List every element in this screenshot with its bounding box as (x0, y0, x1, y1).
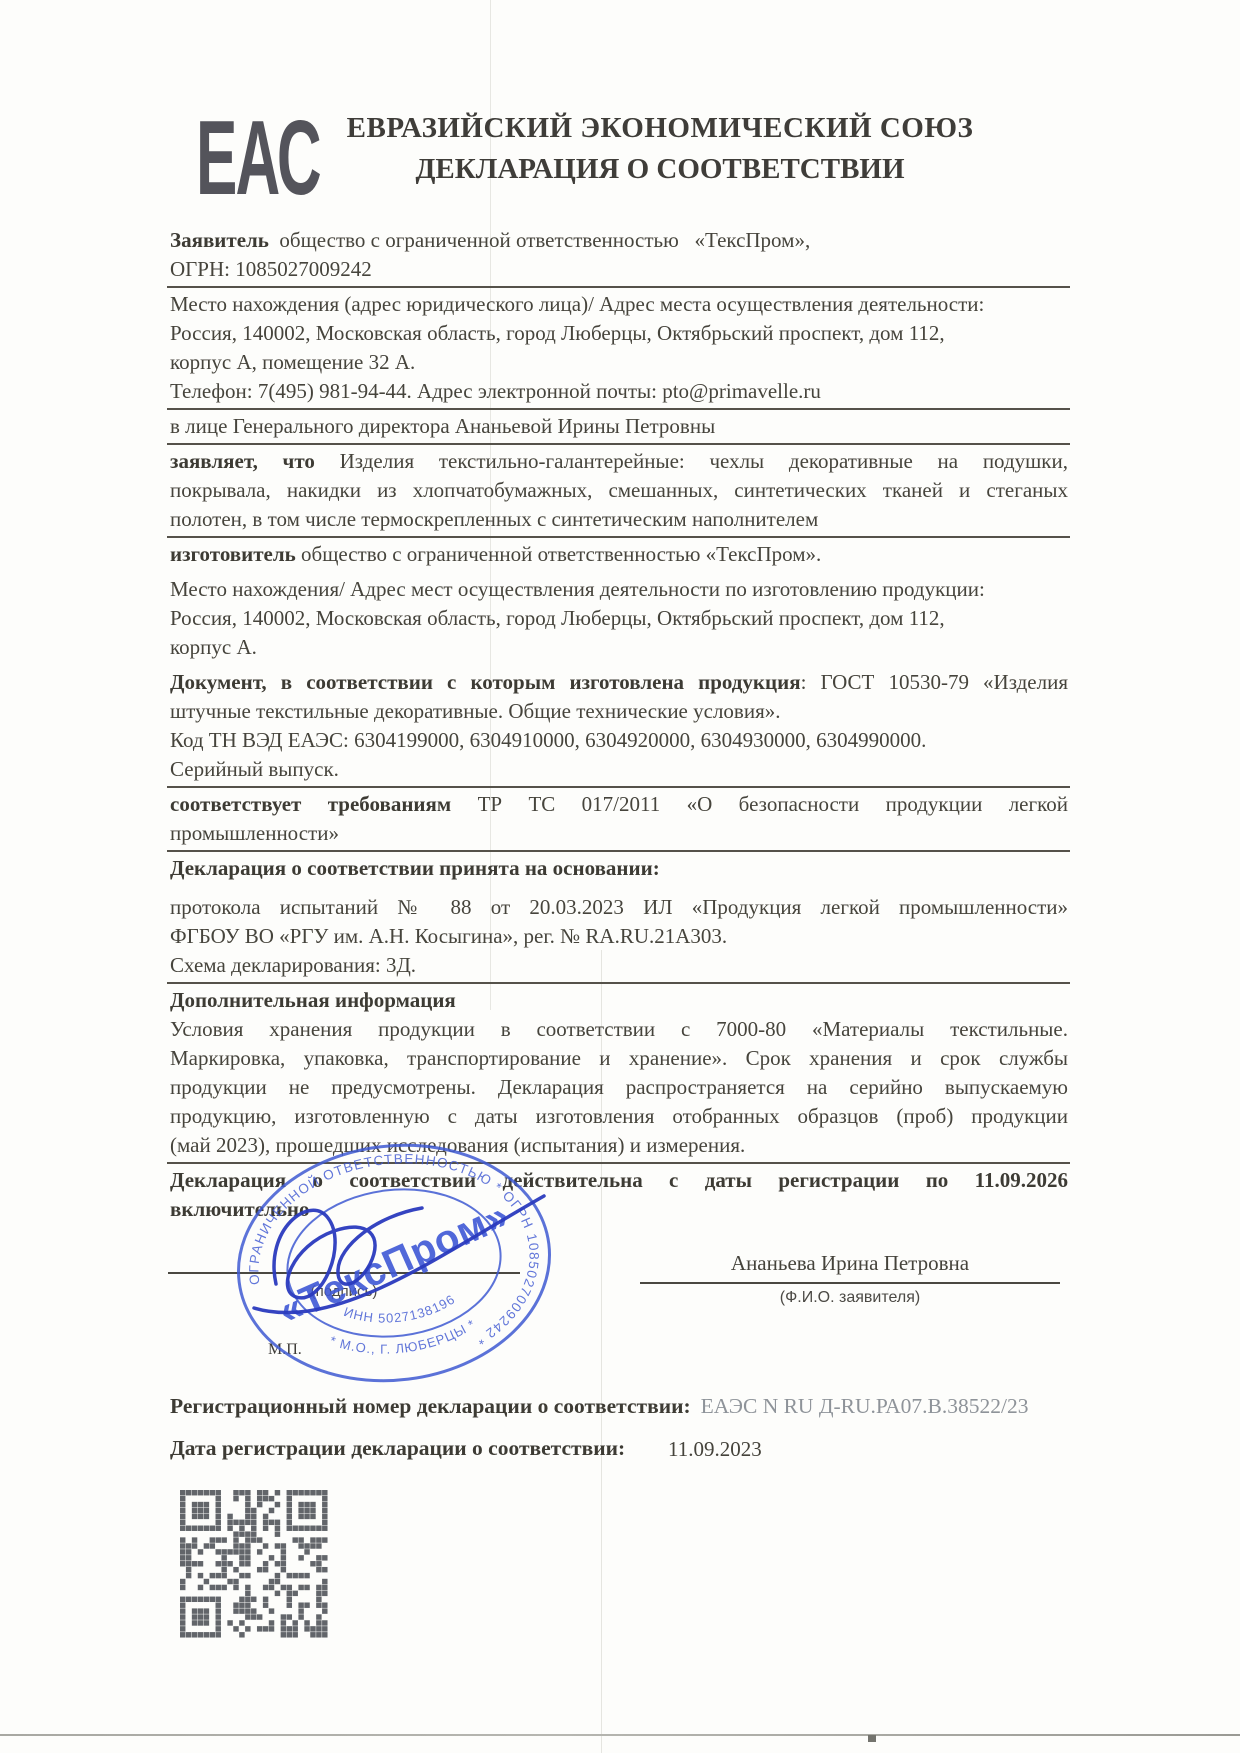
section-divider (167, 536, 1070, 538)
registration-number-row: Регистрационный номер декларации о соотв… (170, 1394, 1028, 1419)
company-stamp: ОБЩЕСТВО С ОГРАНИЧЕННОЙ ОТВЕТСТВЕННОСТЬЮ… (224, 1134, 564, 1392)
doc-line-standard: Документ, в соответствии с которым изгот… (170, 668, 1068, 697)
doc-line-address-title: Место нахождения (адрес юридического лиц… (170, 290, 1068, 319)
doc-line-tnved-codes: Код ТН ВЭД ЕАЭС: 6304199000, 6304910000,… (170, 726, 1068, 755)
registration-date-label: Дата регистрации декларации о соответств… (170, 1436, 625, 1461)
doc-line-storage2: Маркировка, упаковка, транспортирование … (170, 1044, 1068, 1073)
standard-label: Документ, в соответствии с которым изгот… (170, 670, 801, 694)
page-bottom-scan-mark (868, 1735, 876, 1742)
document-body: Заявитель общество с ограниченной ответс… (170, 226, 1068, 1224)
doc-line-complies: соответствует требованиям ТР ТС 017/2011… (170, 790, 1068, 819)
qr-code (180, 1490, 328, 1638)
section-divider (167, 443, 1070, 445)
document-title: ДЕКЛАРАЦИЯ О СООТВЕТСТВИИ (260, 152, 1060, 186)
declares-value: Изделия текстильно-галантерейные: чехлы … (315, 449, 1068, 473)
doc-line-declares: заявляет, что Изделия текстильно-галанте… (170, 447, 1068, 476)
doc-line-scheme: Схема декларирования: 3Д. (170, 951, 1068, 980)
complies-value: ТР ТС 017/2011 «О безопасности продукции… (451, 792, 1068, 816)
doc-line-storage3: продукции не предусмотрены. Декларация р… (170, 1073, 1068, 1102)
standard-value: : ГОСТ 10530-79 «Изделия (801, 670, 1068, 694)
registration-number-label: Регистрационный номер декларации о соотв… (170, 1394, 691, 1418)
doc-line-standard2: штучные текстильные декоративные. Общие … (170, 697, 1068, 726)
section-divider (167, 286, 1070, 288)
applicant-value: общество с ограниченной ответственностью… (269, 228, 810, 252)
doc-line-protocol2: ФГБОУ ВО «РГУ им. А.Н. Косыгина», рег. №… (170, 922, 1068, 951)
doc-line-address1: Россия, 140002, Московская область, горо… (170, 319, 1068, 348)
applicant-name: Ананьева Ирина Петровна (640, 1251, 1060, 1276)
registration-number-value: ЕАЭС N RU Д-RU.РА07.В.38522/23 (701, 1394, 1029, 1418)
declares-label: заявляет, что (170, 449, 315, 473)
doc-line-mfr-address2: корпус А. (170, 633, 1068, 662)
doc-line-mfr-address-title: Место нахождения/ Адрес мест осуществлен… (170, 575, 1068, 604)
doc-line-storage1: Условия хранения продукции в соответстви… (170, 1015, 1068, 1044)
applicant-label: Заявитель (170, 228, 269, 252)
document-header: ЕВРАЗИЙСКИЙ ЭКОНОМИЧЕСКИЙ СОЮЗ ДЕКЛАРАЦИ… (260, 110, 1060, 186)
doc-line-additional-title: Дополнительная информация (170, 986, 1068, 1015)
doc-line-products3: полотен, в том числе термоскрепленных с … (170, 505, 1068, 534)
complies-label: соответствует требованиям (170, 792, 451, 816)
section-divider (167, 850, 1070, 852)
name-line (640, 1282, 1060, 1284)
section-divider (167, 786, 1070, 788)
doc-line-protocol1: протокола испытаний № 88 от 20.03.2023 И… (170, 893, 1068, 922)
doc-line-representative: в лице Генерального директора Ананьевой … (170, 412, 1068, 441)
page-bottom-scan-line (0, 1734, 1240, 1736)
doc-line-basis-title: Декларация о соответствии принята на осн… (170, 854, 1068, 883)
doc-line-phone-email: Телефон: 7(495) 981-94-44. Адрес электро… (170, 377, 1068, 406)
section-divider (167, 408, 1070, 410)
name-caption: (Ф.И.О. заявителя) (640, 1289, 1060, 1307)
doc-line-manufacturer: изготовитель общество с ограниченной отв… (170, 540, 1068, 569)
doc-line-complies2: промышленности» (170, 819, 1068, 848)
doc-line-ogrn: ОГРН: 1085027009242 (170, 255, 1068, 284)
manufacturer-label: изготовитель (170, 542, 296, 566)
doc-line-storage4: продукцию, изготовленную с даты изготовл… (170, 1102, 1068, 1131)
doc-line-address2: корпус А, помещение 32 А. (170, 348, 1068, 377)
doc-line-serial: Серийный выпуск. (170, 755, 1068, 784)
doc-line-products2: покрывала, накидки из хлопчатобумажных, … (170, 476, 1068, 505)
registration-date-value: 11.09.2023 (668, 1437, 762, 1462)
section-divider (167, 982, 1070, 984)
union-title: ЕВРАЗИЙСКИЙ ЭКОНОМИЧЕСКИЙ СОЮЗ (260, 110, 1060, 146)
doc-line-applicant: Заявитель общество с ограниченной ответс… (170, 226, 1068, 255)
declaration-document-page: ЕАС ЕВРАЗИЙСКИЙ ЭКОНОМИЧЕСКИЙ СОЮЗ ДЕКЛА… (0, 0, 1240, 1753)
doc-line-mfr-address1: Россия, 140002, Московская область, горо… (170, 604, 1068, 633)
manufacturer-value: общество с ограниченной ответственностью… (296, 542, 822, 566)
